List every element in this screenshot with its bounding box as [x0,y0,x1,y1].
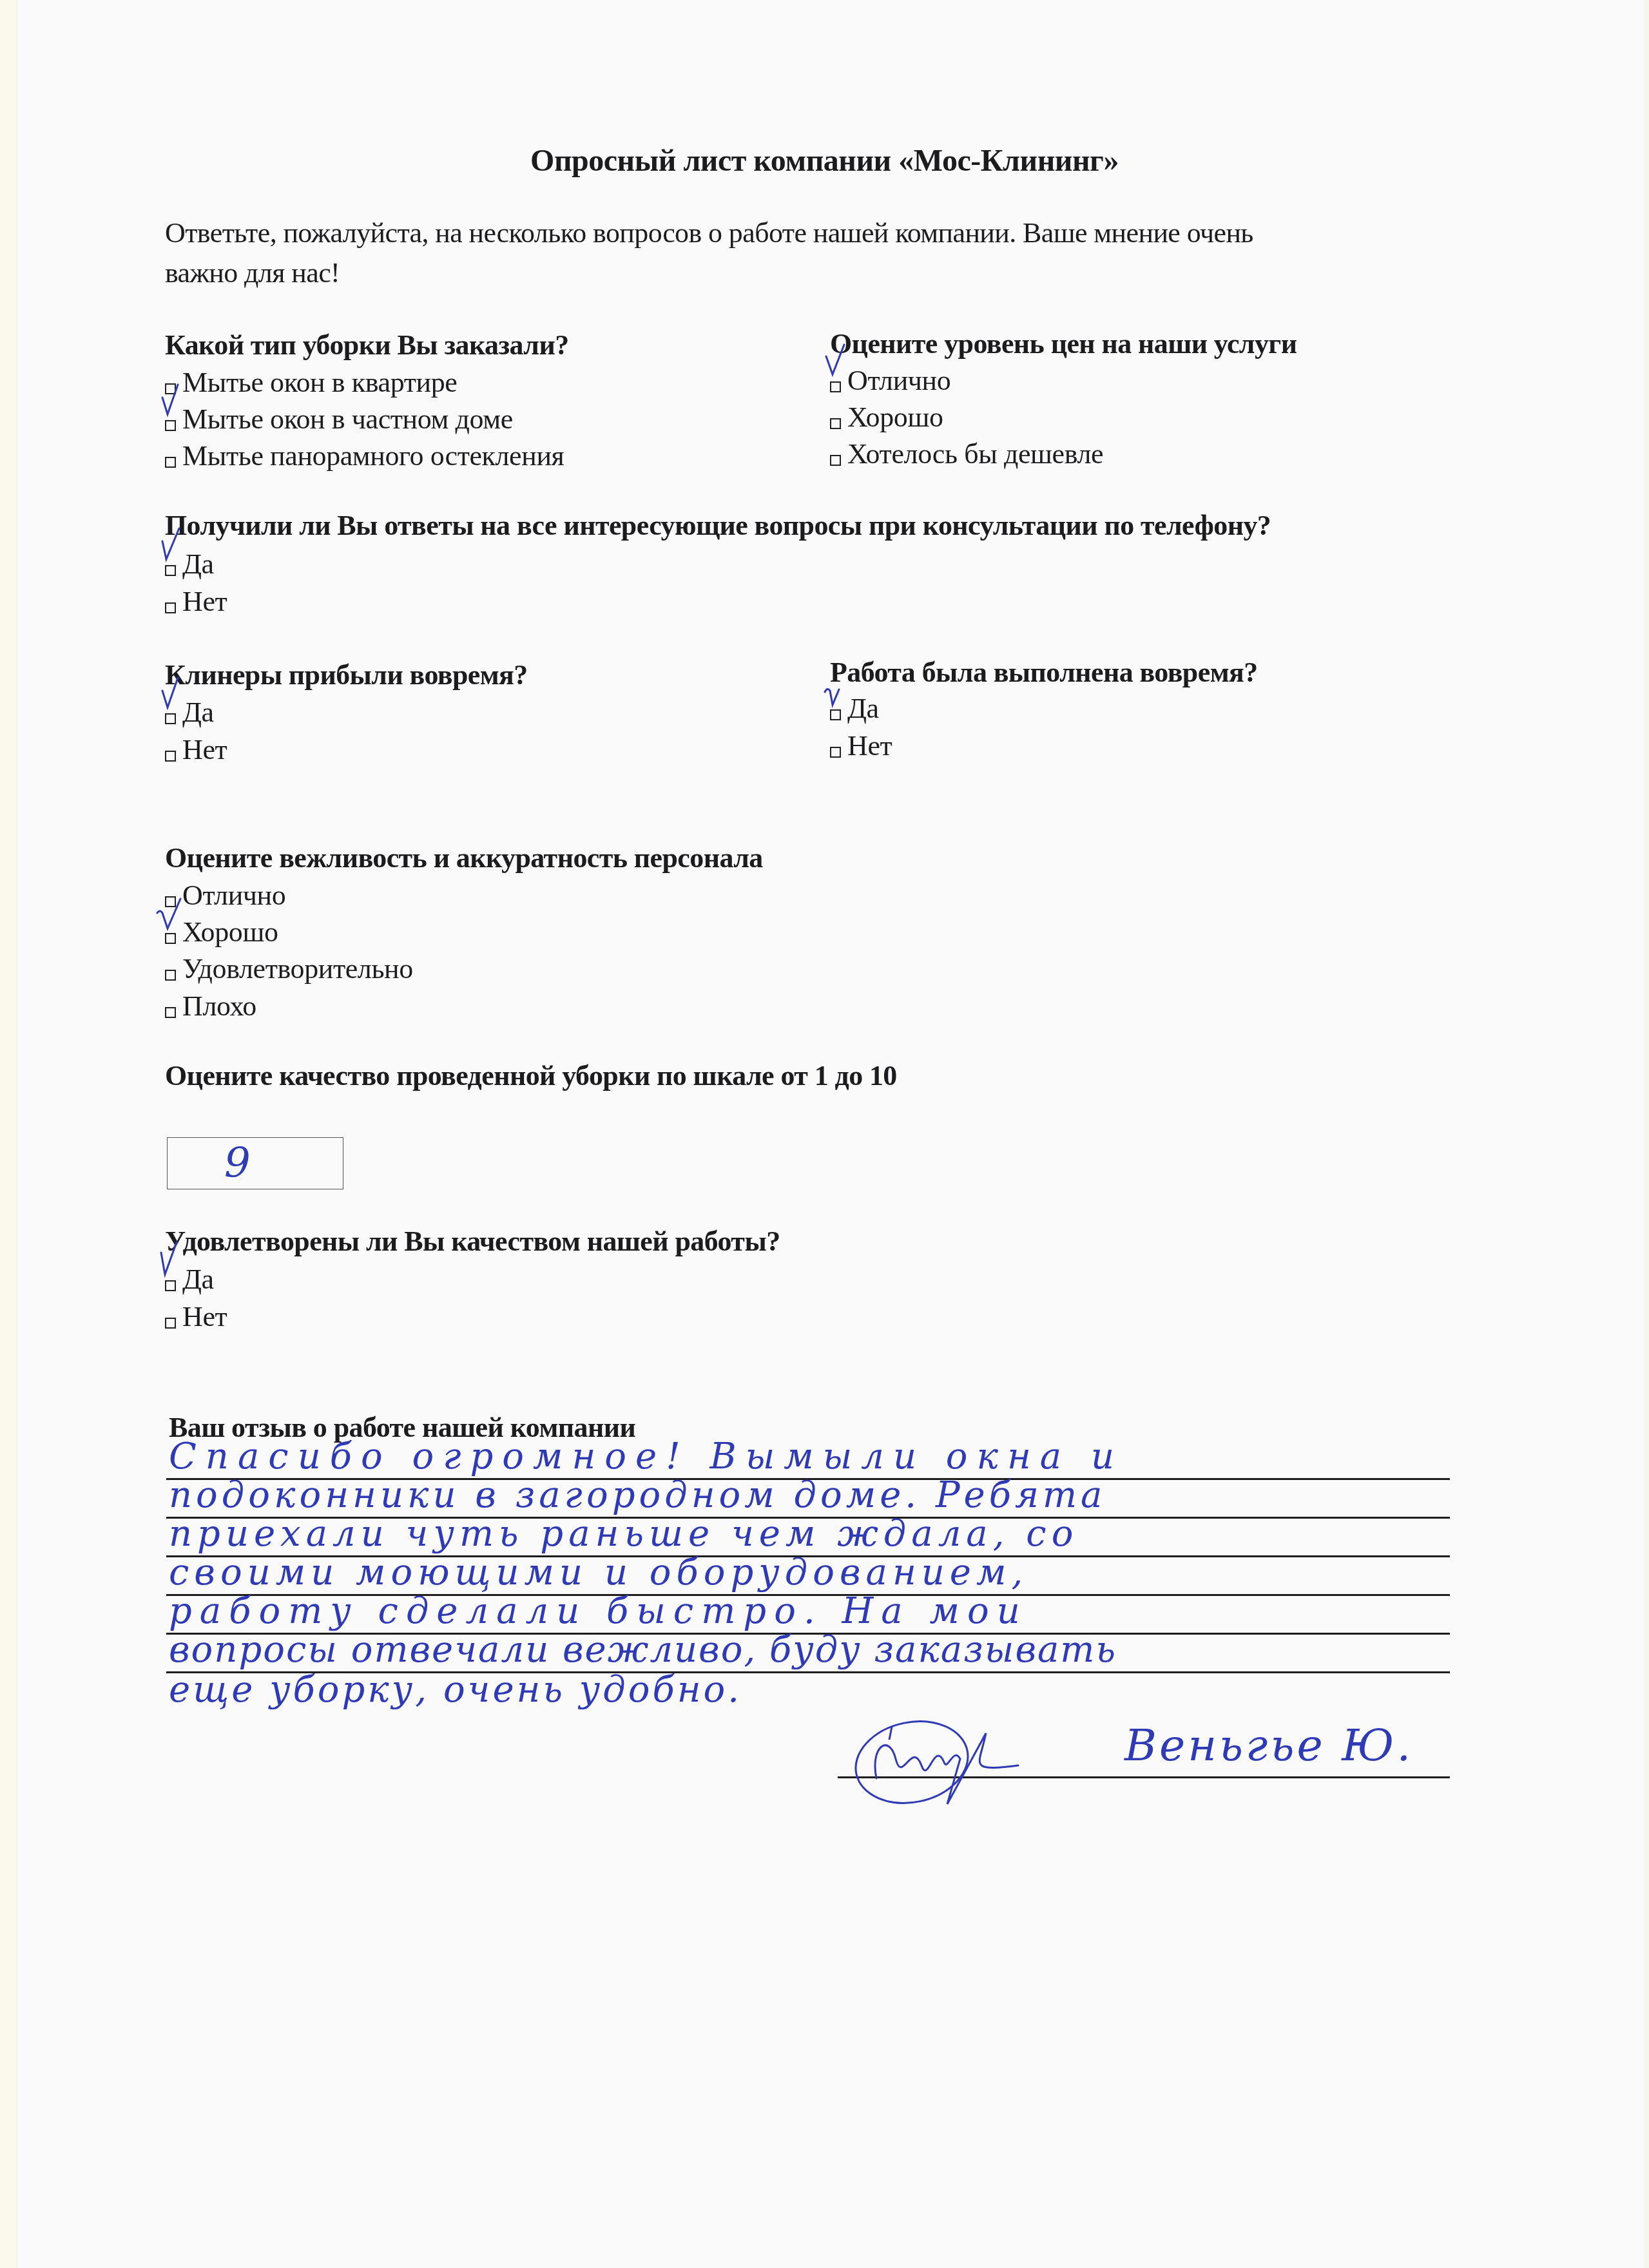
option-label: Мытье окон в частном доме [182,403,513,436]
checkbox-icon[interactable] [165,751,176,762]
checkbox-icon[interactable] [830,455,841,466]
option-done-yes[interactable]: Да [830,692,879,725]
option-label: Нет [847,729,892,762]
option-price-cheaper[interactable]: Хотелось бы дешевле [830,437,1103,470]
checkbox-icon[interactable] [165,602,176,613]
quality-rating-field[interactable]: 9 [167,1137,343,1189]
option-label: Хорошо [847,401,943,434]
page-title: Опросный лист компании «Мос-Клининг» [0,143,1649,178]
option-arrived-yes[interactable]: Да [165,696,214,729]
option-staff-satisfactory[interactable]: Удовлетворительно [165,952,413,985]
option-staff-poor[interactable]: Плохо [165,990,256,1023]
checkbox-icon[interactable] [165,457,176,468]
option-arrived-no[interactable]: Нет [165,733,227,766]
feedback-handwritten-line-2: подоконники в загородном доме. Ребята [169,1474,1106,1516]
checkbox-icon[interactable] [165,896,176,907]
option-price-good[interactable]: Хорошо [830,401,943,434]
question-quality-rating: Оцените качество проведенной уборки по ш… [165,1059,897,1092]
scan-right-edge [1644,0,1649,2268]
intro-line-1: Ответьте, пожалуйста, на несколько вопро… [165,216,1253,249]
checkbox-checked-icon[interactable] [165,565,176,576]
option-phone-no[interactable]: Нет [165,585,227,618]
question-staff-politeness: Оцените вежливость и аккуратность персон… [165,841,763,874]
checkbox-icon[interactable] [165,1007,176,1018]
checkbox-icon[interactable] [165,383,176,394]
question-phone-consultation: Получили ли Вы ответы на все интересующи… [165,509,1271,542]
question-price-level: Оцените уровень цен на наши услуги [830,327,1297,360]
option-label: Отлично [182,879,285,912]
option-label: Хотелось бы дешевле [847,437,1103,470]
question-done-on-time: Работа была выполнена вовремя? [830,656,1258,689]
checkbox-icon[interactable] [165,970,176,981]
checkbox-icon[interactable] [830,418,841,429]
option-label: Отлично [847,364,950,397]
option-label: Да [182,696,214,729]
question-satisfied: Удовлетворены ли Вы качеством нашей рабо… [165,1225,780,1258]
checkbox-icon[interactable] [830,747,841,758]
feedback-handwritten-line-7: еще уборку, очень удобно. [169,1669,742,1711]
checkbox-icon[interactable] [165,1318,176,1329]
scan-left-edge [0,0,17,2268]
option-label: Плохо [182,990,256,1023]
feedback-handwritten-line-3: приехали чуть раньше чем ждала, со [169,1513,1078,1555]
feedback-handwritten-line-4: своими моющими и оборудованием, [169,1552,1028,1593]
signature-scribble-icon [851,1701,1063,1811]
feedback-handwritten-line-5: работу сделали быстро. На мои [169,1590,1028,1632]
option-label: Хорошо [182,916,278,948]
option-label: Мытье окон в квартире [182,366,457,399]
checkbox-checked-icon[interactable] [165,713,176,724]
option-apartment-windows[interactable]: Мытье окон в квартире [165,366,457,399]
option-private-house-windows[interactable]: Мытье окон в частном доме [165,403,513,436]
checkbox-checked-icon[interactable] [165,933,176,944]
feedback-handwritten-line-6: вопросы отвечали вежливо, буду заказыват… [169,1629,1117,1671]
option-label: Да [182,548,214,581]
option-satisfied-no[interactable]: Нет [165,1300,227,1333]
option-label: Мытье панорамного остекления [182,439,564,472]
checkbox-checked-icon[interactable] [165,1280,176,1291]
checkbox-checked-icon[interactable] [830,381,841,392]
option-label: Удовлетворительно [182,952,413,985]
feedback-handwritten-line-1: Спасибо огромное! Вымыли окна и [169,1436,1123,1477]
option-phone-yes[interactable]: Да [165,548,214,581]
option-label: Да [182,1263,214,1296]
option-done-no[interactable]: Нет [830,729,892,762]
signature-name: Веньгье Ю. [1124,1720,1413,1771]
option-label: Нет [182,733,227,766]
option-label: Нет [182,1300,227,1333]
option-panoramic-glazing[interactable]: Мытье панорамного остекления [165,439,564,472]
question-cleaning-type: Какой тип уборки Вы заказали? [165,329,569,361]
option-label: Да [847,692,879,725]
intro-line-2: важно для нас! [165,256,340,289]
quality-rating-value: 9 [224,1138,251,1190]
checkbox-checked-icon[interactable] [830,709,841,720]
option-price-excellent[interactable]: Отлично [830,364,950,397]
option-staff-good[interactable]: Хорошо [165,916,278,948]
checkbox-checked-icon[interactable] [165,420,176,431]
option-staff-excellent[interactable]: Отлично [165,879,285,912]
option-label: Нет [182,585,227,618]
question-arrived-on-time: Клинеры прибыли вовремя? [165,658,528,691]
option-satisfied-yes[interactable]: Да [165,1263,214,1296]
